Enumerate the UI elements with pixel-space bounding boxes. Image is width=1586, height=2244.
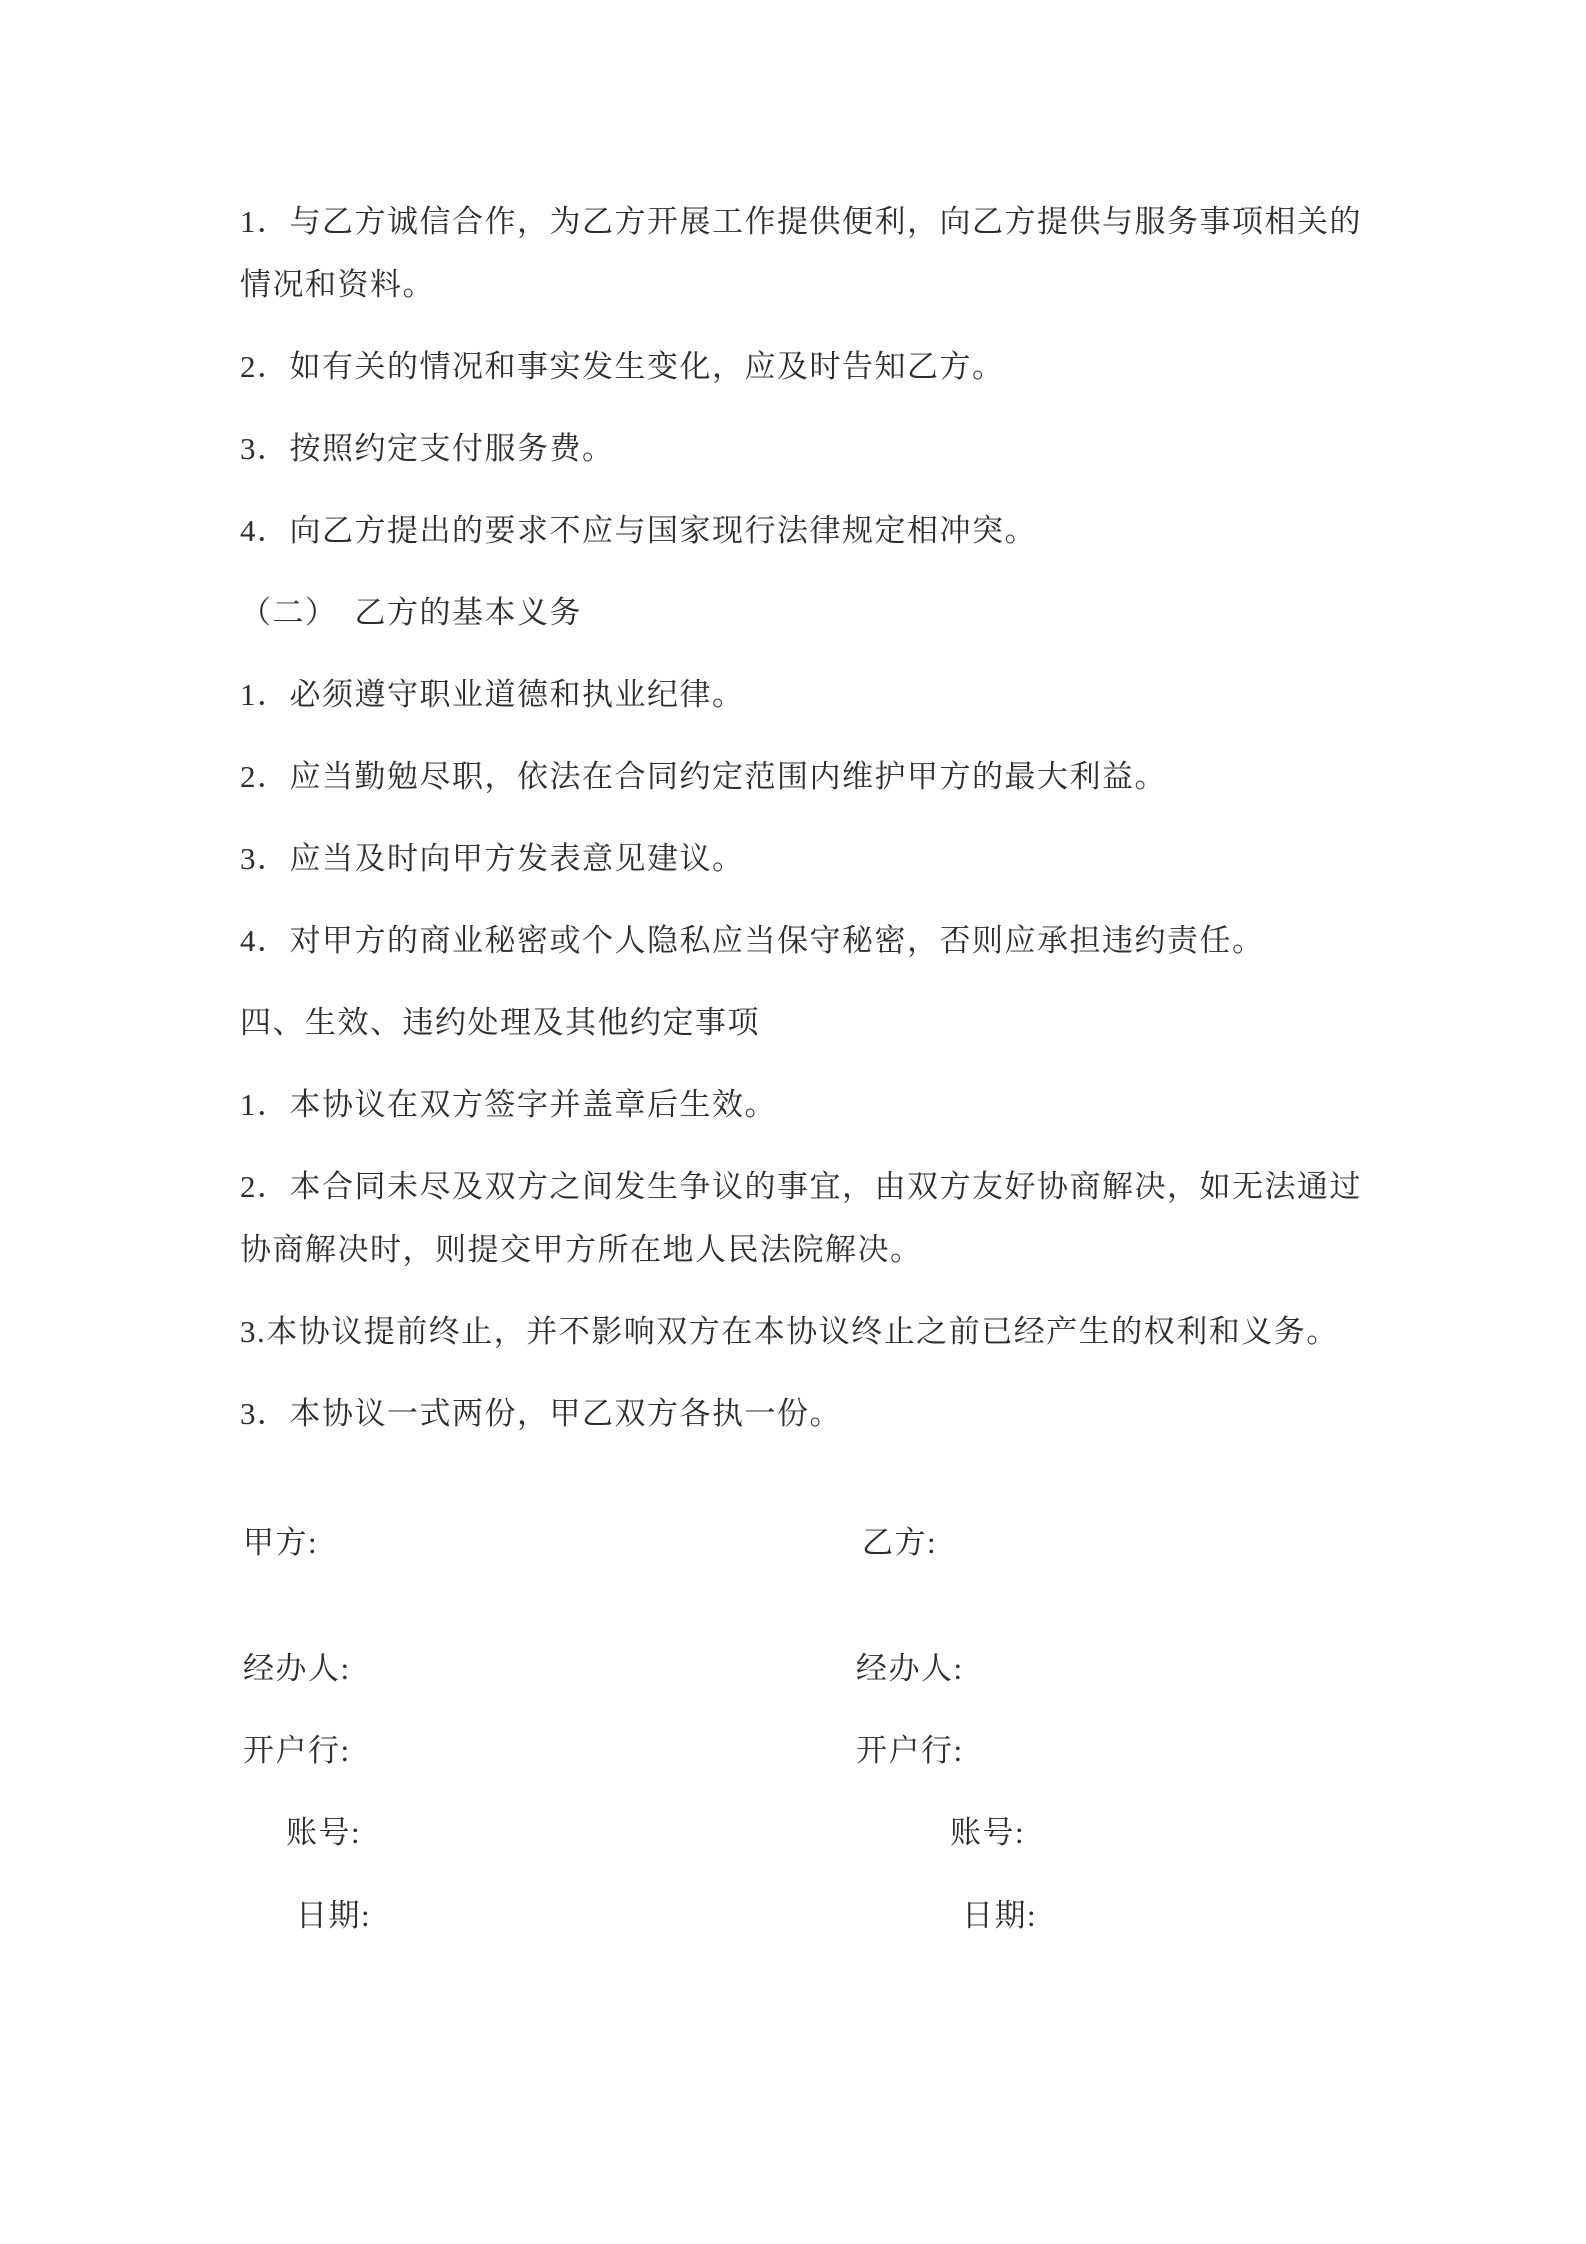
- lawful-request-clause: 4．向乙方提出的要求不应与国家现行法律规定相冲突。: [240, 499, 1570, 562]
- party-a-label: 甲方:: [243, 1511, 318, 1574]
- date-a-label: 日期:: [296, 1884, 371, 1947]
- party-b-obligations-heading: （二） 乙方的基本义务: [240, 581, 1570, 644]
- party-b-label: 乙方:: [862, 1511, 937, 1574]
- pay-service-fee-clause: 3．按照约定支付服务费。: [240, 417, 1570, 480]
- advice-clause: 3．应当及时向甲方发表意见建议。: [240, 827, 1570, 890]
- contract-body: 1．与乙方诚信合作，为乙方开展工作提供便利，向乙方提供与服务事项相关的 情况和资…: [240, 190, 1570, 1464]
- effective-upon-signature-clause: 1．本协议在双方签字并盖章后生效。: [240, 1073, 1570, 1136]
- bank-b-label: 开户行:: [856, 1719, 964, 1782]
- confidentiality-clause: 4．对甲方的商业秘密或个人隐私应当保守秘密，否则应承担违约责任。: [240, 909, 1570, 972]
- counterparts-clause: 3．本协议一式两份，甲乙双方各执一份。: [240, 1382, 1570, 1445]
- inform-change-clause: 2．如有关的情况和事实发生变化，应及时告知乙方。: [240, 335, 1570, 398]
- bank-a-label: 开户行:: [243, 1719, 351, 1782]
- account-a-label: 账号:: [286, 1801, 361, 1864]
- early-termination-clause: 3.本协议提前终止，并不影响双方在本协议终止之前已经产生的权利和义务。: [240, 1300, 1570, 1363]
- agent-a-label: 经办人:: [243, 1637, 351, 1700]
- agent-b-label: 经办人:: [856, 1637, 964, 1700]
- cooperate-clause: 1．与乙方诚信合作，为乙方开展工作提供便利，向乙方提供与服务事项相关的 情况和资…: [240, 190, 1570, 316]
- date-b-label: 日期:: [962, 1884, 1037, 1947]
- dispute-resolution-clause: 2．本合同未尽及双方之间发生争议的事宜，由双方友好协商解决，如无法通过 协商解决…: [240, 1155, 1570, 1281]
- contract-page: 1．与乙方诚信合作，为乙方开展工作提供便利，向乙方提供与服务事项相关的 情况和资…: [0, 0, 1586, 2244]
- diligence-clause: 2．应当勤勉尽职，依法在合同约定范围内维护甲方的最大利益。: [240, 745, 1570, 808]
- ethics-clause: 1．必须遵守职业道德和执业纪律。: [240, 663, 1570, 726]
- account-b-label: 账号:: [950, 1801, 1025, 1864]
- effectiveness-section-heading: 四、生效、违约处理及其他约定事项: [240, 991, 1570, 1054]
